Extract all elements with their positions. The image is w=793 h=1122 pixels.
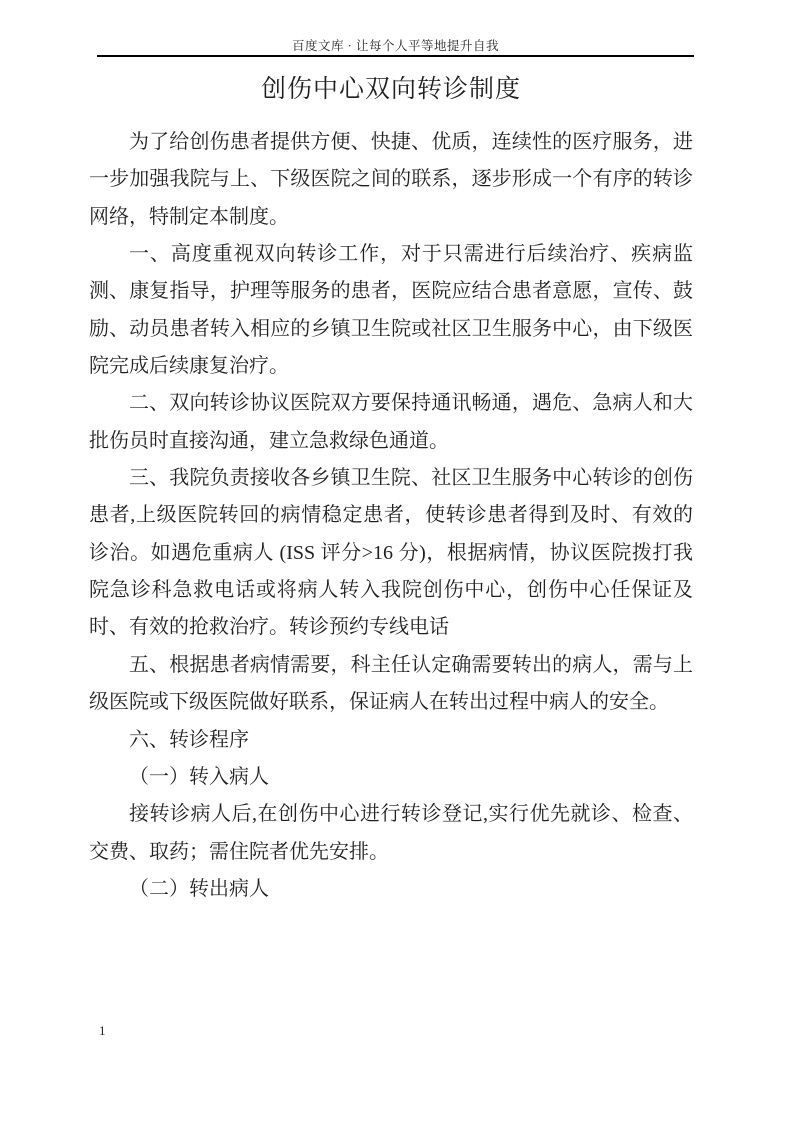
page-number: 1 bbox=[99, 1023, 106, 1039]
page-header: 百度文库 · 让每个人平等地提升自我 bbox=[97, 39, 694, 57]
intro-paragraph: 为了给创伤患者提供方便、快捷、优质，连续性的医疗服务，进一步加强我院与上、下级医… bbox=[89, 124, 693, 236]
document-body: 为了给创伤患者提供方便、快捷、优质，连续性的医疗服务，进一步加强我院与上、下级医… bbox=[89, 124, 693, 908]
item-2-paragraph: 二、双向转诊协议医院双方要保持通讯畅通，遇危、急病人和大批伤员时直接沟通，建立急… bbox=[89, 385, 693, 460]
document-page: 百度文库 · 让每个人平等地提升自我 创伤中心双向转诊制度 为了给创伤患者提供方… bbox=[0, 0, 793, 1122]
item-3-paragraph: 三、我院负责接收各乡镇卫生院、社区卫生服务中心转诊的创伤患者,上级医院转回的病情… bbox=[89, 460, 693, 647]
header-watermark-text: 百度文库 · 让每个人平等地提升自我 bbox=[97, 39, 694, 54]
subsection-2-heading: （二）转出病人 bbox=[89, 871, 693, 908]
transfer-in-paragraph: 接转诊病人后,在创伤中心进行转诊登记,实行优先就诊、检查、交费、取药；需住院者优… bbox=[89, 796, 693, 871]
item-1-paragraph: 一、高度重视双向转诊工作，对于只需进行后续治疗、疾病监测、康复指导，护理等服务的… bbox=[89, 236, 693, 385]
subsection-1-heading: （一）转入病人 bbox=[89, 759, 693, 796]
document-title: 创伤中心双向转诊制度 bbox=[89, 72, 693, 108]
item-5-paragraph: 五、根据患者病情需要，科主任认定确需要转出的病人，需与上级医院或下级医院做好联系… bbox=[89, 647, 693, 722]
item-6-heading: 六、转诊程序 bbox=[89, 722, 693, 759]
